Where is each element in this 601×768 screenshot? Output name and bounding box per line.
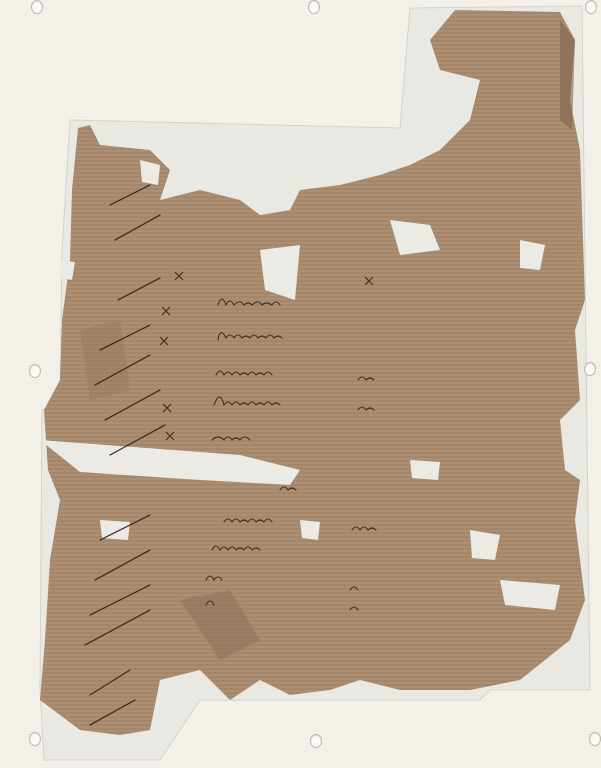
mounting-hole-icon [308, 0, 320, 14]
mounting-hole-icon [310, 734, 322, 748]
mounting-hole-icon [29, 364, 41, 378]
mounting-hole-icon [584, 362, 596, 376]
papyrus-fragment [40, 10, 585, 735]
mounting-hole-icon [29, 732, 41, 746]
papyrus-image [0, 0, 601, 768]
mounting-hole-icon [589, 732, 601, 746]
mounting-hole-icon [31, 0, 43, 14]
mounting-hole-icon [585, 0, 597, 14]
